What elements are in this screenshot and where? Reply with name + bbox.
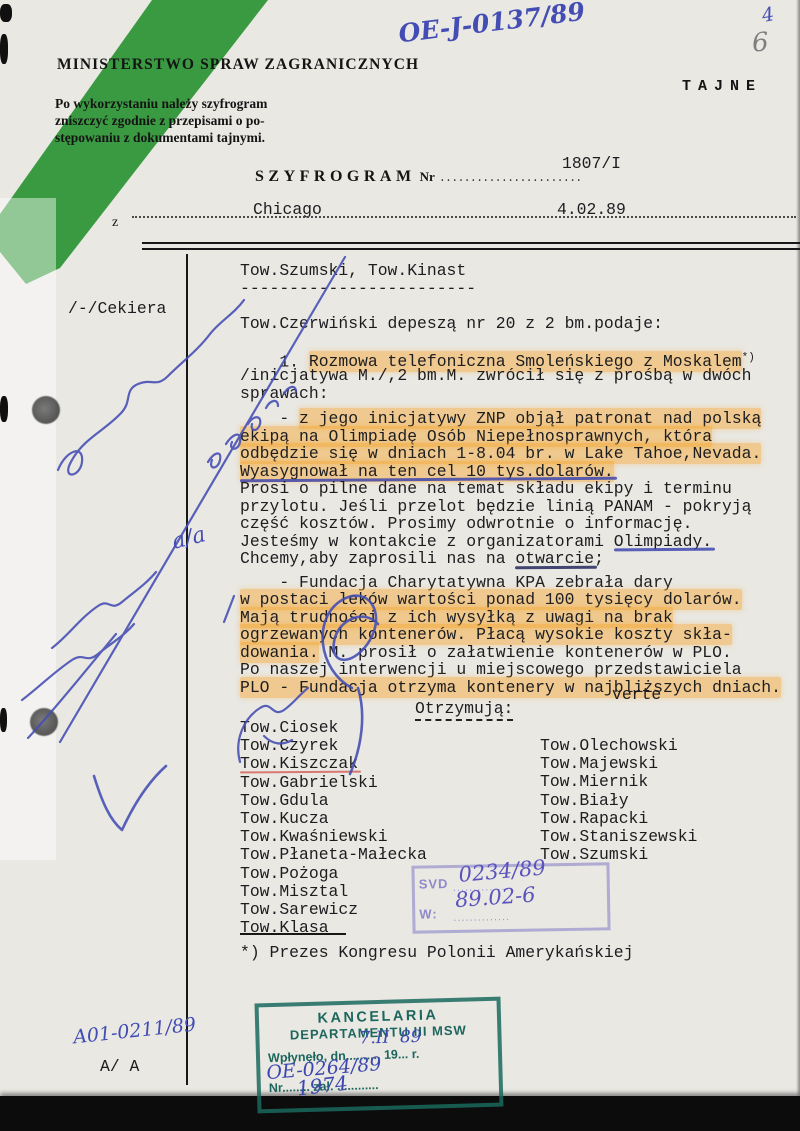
scan-right-edge	[796, 0, 800, 1096]
registry-stamp-date: 89.02-6	[454, 882, 536, 912]
scan-smudge	[0, 396, 8, 422]
body-line: w postaci leków wartości ponad 100 tysię…	[240, 591, 781, 609]
signed-by: /-/Cekiera	[68, 300, 166, 318]
tape-strip	[0, 198, 56, 860]
from-label: z	[112, 215, 118, 231]
body-text: Tow.Szumski, Tow.Kinast-----------------…	[240, 262, 781, 696]
recipient-item: Tow.Płaneta-Małecka	[240, 846, 427, 864]
header-rule-top	[142, 242, 800, 244]
distribution-header: Otrzymują:	[415, 700, 513, 721]
recipient-item: Tow.Misztal	[240, 883, 427, 901]
body-line: PLO - Fundacja otrzyma kontenery w najbl…	[240, 679, 781, 697]
recipient-item: Tow.Staniszewski	[540, 828, 697, 846]
body-line: Prosi o pilne dane na temat składu ekipy…	[240, 480, 781, 498]
form-title: SZYFROGRAM	[255, 168, 416, 185]
recipient-item: Tow.Rapacki	[540, 810, 697, 828]
recipient-item: Tow.Pożoga	[240, 865, 427, 883]
body-line: Wyasygnował na ten cel 10 tys.dolarów.	[240, 463, 781, 481]
hole-punch	[32, 396, 60, 424]
body-line: część kosztów. Prosimy odwrotnie o infor…	[240, 515, 781, 533]
registry-stamp-label-bottom: W:	[419, 906, 438, 921]
recipient-item: Tow.Majewski	[540, 755, 697, 773]
body-line: /inicjatywa M./,2 bm.M. zwrócił się z pr…	[240, 367, 781, 385]
body-line: odbędzie się w dniach 1-8.04 br. w Lake …	[240, 445, 781, 463]
classification-tajne: TAJNE	[682, 78, 762, 95]
form-title-row: SZYFROGRAM Nr .......................	[255, 168, 581, 186]
recipient-item: Tow.Gdula	[240, 792, 427, 810]
recipient-item: Tow.Sarewicz	[240, 901, 427, 919]
body-line: ogrzewanych kontenerów. Płacą wysokie ko…	[240, 626, 781, 644]
body-line: Tow.Czerwiński depeszą nr 20 z 2 bm.poda…	[240, 315, 781, 333]
body-line: ------------------------	[240, 280, 781, 298]
cipher-number: 1807/I	[562, 155, 621, 173]
body-line: Tow.Szumski, Tow.Kinast	[240, 262, 781, 280]
handwritten-page-mark-pencil: 6	[751, 27, 770, 58]
recipient-item: Tow.Czyrek	[240, 737, 427, 755]
handwritten-aa-note: a/a	[169, 522, 208, 554]
body-line: 1. Rozmowa telefoniczna Smoleńskiego z M…	[240, 350, 781, 368]
recipient-item: Tow.Miernik	[540, 773, 697, 791]
header-rule-bottom	[142, 248, 800, 250]
recipient-item: Tow.Szumski	[540, 846, 697, 864]
footnote: *) Prezes Kongresu Polonii Amerykańskiej	[240, 944, 633, 962]
footnote-rule	[240, 933, 346, 935]
body-line	[240, 297, 781, 315]
registry-stamp-label-top: SVD	[419, 876, 449, 892]
verte-note: verte	[612, 686, 661, 704]
chancellery-hand-date: 7.II 89	[359, 1027, 422, 1049]
body-line: Chcemy,aby zaprosili nas na otwarcie;	[240, 550, 781, 568]
registry-stamp: SVD .............. W: .............. 023…	[411, 862, 610, 933]
ministry-name: MINISTERSTWO SPRAW ZAGRANICZNYCH	[57, 56, 419, 74]
recipient-item: Tow.Gabrielski	[240, 774, 427, 792]
destroy-notice: Po wykorzystaniu należy szyfrogram znisz…	[55, 95, 365, 146]
handwritten-tick	[224, 596, 234, 622]
recipient-item: Tow.Kucza	[240, 810, 427, 828]
handwritten-note-scrawl	[58, 300, 244, 475]
copy-note: A/ A	[100, 1058, 139, 1076]
nr-dotted-line: .......................	[439, 171, 582, 185]
recipient-item: Tow.Ciosek	[240, 719, 427, 737]
hole-punch	[30, 708, 58, 736]
handwritten-file-number: A01-0211/89	[72, 1014, 197, 1049]
scan-smudge	[0, 34, 8, 64]
recipient-item: Tow.Olechowski	[540, 737, 697, 755]
highlighted-text: PLO - Fundacja otrzyma kontenery w najbl…	[240, 677, 781, 698]
ink-underline	[515, 565, 597, 568]
scanned-document-page: MINISTERSTWO SPRAW ZAGRANICZNYCH Po wyko…	[0, 0, 800, 1131]
body-line: przylotu. Jeśli przelot będzie linią PAN…	[240, 498, 781, 516]
chancellery-stamp: KANCELARIA DEPARTAMENTU III MSW Wpłynęło…	[255, 997, 504, 1114]
body-line: dowania. M. prosił o załatwienie kontene…	[240, 644, 781, 662]
recipient-item: Tow.Biały	[540, 792, 697, 810]
handwritten-registry-number: OE-J-0137/89	[397, 0, 587, 48]
from-dotted-line	[132, 216, 796, 218]
body-line: Jesteśmy w kontakcie z organizatorami Ol…	[240, 533, 781, 551]
chancellery-hand-nr: 1974	[296, 1071, 349, 1101]
recipient-item: Tow.Kwaśniewski	[240, 828, 427, 846]
footnote-marker: *)	[742, 352, 755, 364]
scan-smudge	[0, 708, 7, 732]
recipient-item: Tow.Kiszczak	[240, 755, 427, 773]
handwritten-check-stroke	[94, 766, 166, 830]
body-line: sprawach:	[240, 385, 781, 403]
body-line	[240, 332, 781, 350]
distribution-list-left: Tow.CiosekTow.CzyrekTow.KiszczakTow.Gabr…	[240, 719, 427, 937]
distribution-list-right: Tow.OlechowskiTow.MajewskiTow.MiernikTow…	[540, 737, 697, 864]
nr-label: Nr	[420, 169, 435, 184]
body-line: - z jego inicjatywy ZNP objął patronat n…	[240, 410, 781, 428]
margin-vertical-rule	[186, 254, 188, 1085]
body-line: Po naszej interwencji u miejscowego prze…	[240, 661, 781, 679]
handwritten-page-mark-blue: 4	[760, 3, 776, 27]
scan-smudge	[0, 4, 12, 22]
